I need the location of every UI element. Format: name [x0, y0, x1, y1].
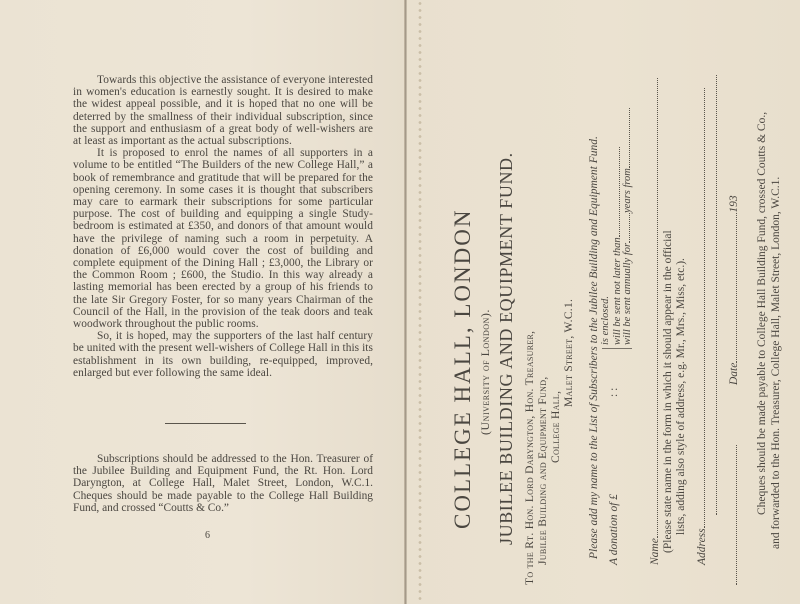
left-page: Towards this objective the assistance of… [0, 0, 406, 604]
from-blank[interactable] [620, 108, 630, 168]
page-number: 6 [205, 530, 210, 541]
date-field: Date193 [727, 195, 740, 385]
annual-for-text: will be sent annually for [622, 243, 633, 345]
brace-bar [602, 348, 632, 349]
addressee-line-1: To the Rt. Hon. Lord Daryngton, Hon. Tre… [524, 331, 536, 585]
later-than-blank[interactable] [610, 147, 620, 237]
name-blank[interactable] [648, 78, 658, 538]
divider-rule [165, 423, 246, 424]
years-from-text: years from [622, 168, 633, 213]
date-year: 193 [728, 195, 740, 212]
address-label: Address [696, 528, 708, 565]
name-note-line-1: (Please state name in the form in which … [662, 230, 674, 553]
form-title: COLLEGE HALL, LONDON [450, 209, 476, 529]
addressee-line-2: Jubilee Building and Equipment Fund, [537, 377, 549, 566]
cheques-note-line-1: Cheques should be made payable to Colleg… [756, 112, 768, 515]
signature-blank[interactable] [736, 445, 737, 585]
address-blank-2[interactable] [716, 75, 717, 515]
paragraph-closing: So, it is hoped, may the supporters of t… [73, 330, 373, 379]
address-field: Address [695, 88, 708, 565]
document-spread: Towards this objective the assistance of… [0, 0, 800, 604]
form-subtitle: (University of London). [478, 309, 493, 435]
subscription-form: COLLEGE HALL, LONDON (University of Lond… [440, 25, 790, 585]
address-blank[interactable] [695, 88, 705, 528]
date-blank[interactable] [727, 213, 737, 363]
subscriptions-note: Subscriptions should be addressed to the… [73, 453, 373, 514]
addressee-line-3: College Hall, [550, 391, 562, 463]
years-blank[interactable] [620, 213, 630, 243]
donation-label: A donation of £ [608, 494, 620, 565]
addressee-line-4: Malet Street, W.C.1. [563, 299, 575, 407]
date-label: Date [728, 363, 740, 385]
name-label: Name [649, 538, 661, 565]
paragraph-appeal: Towards this objective the assistance of… [73, 74, 373, 147]
donation-option-annual: will be sent annually foryears from [620, 108, 633, 345]
body-text: Towards this objective the assistance of… [73, 74, 373, 379]
perforation-line [418, 0, 422, 604]
name-field: Name [648, 78, 661, 565]
donation-colons: : : [608, 388, 620, 397]
request-text: Please add my name to the List of Subscr… [588, 136, 600, 559]
cheques-note-line-2: and forwarded to the Hon. Treasurer, Col… [770, 177, 782, 549]
subscriptions-note-text: Subscriptions should be addressed to the… [73, 453, 373, 514]
name-note-line-2: lists, adding also style of address, e.g… [675, 258, 687, 535]
fund-title: JUBILEE BUILDING AND EQUIPMENT FUND. [496, 152, 517, 545]
paragraph-builders-volume: It is proposed to enrol the names of all… [73, 147, 373, 330]
